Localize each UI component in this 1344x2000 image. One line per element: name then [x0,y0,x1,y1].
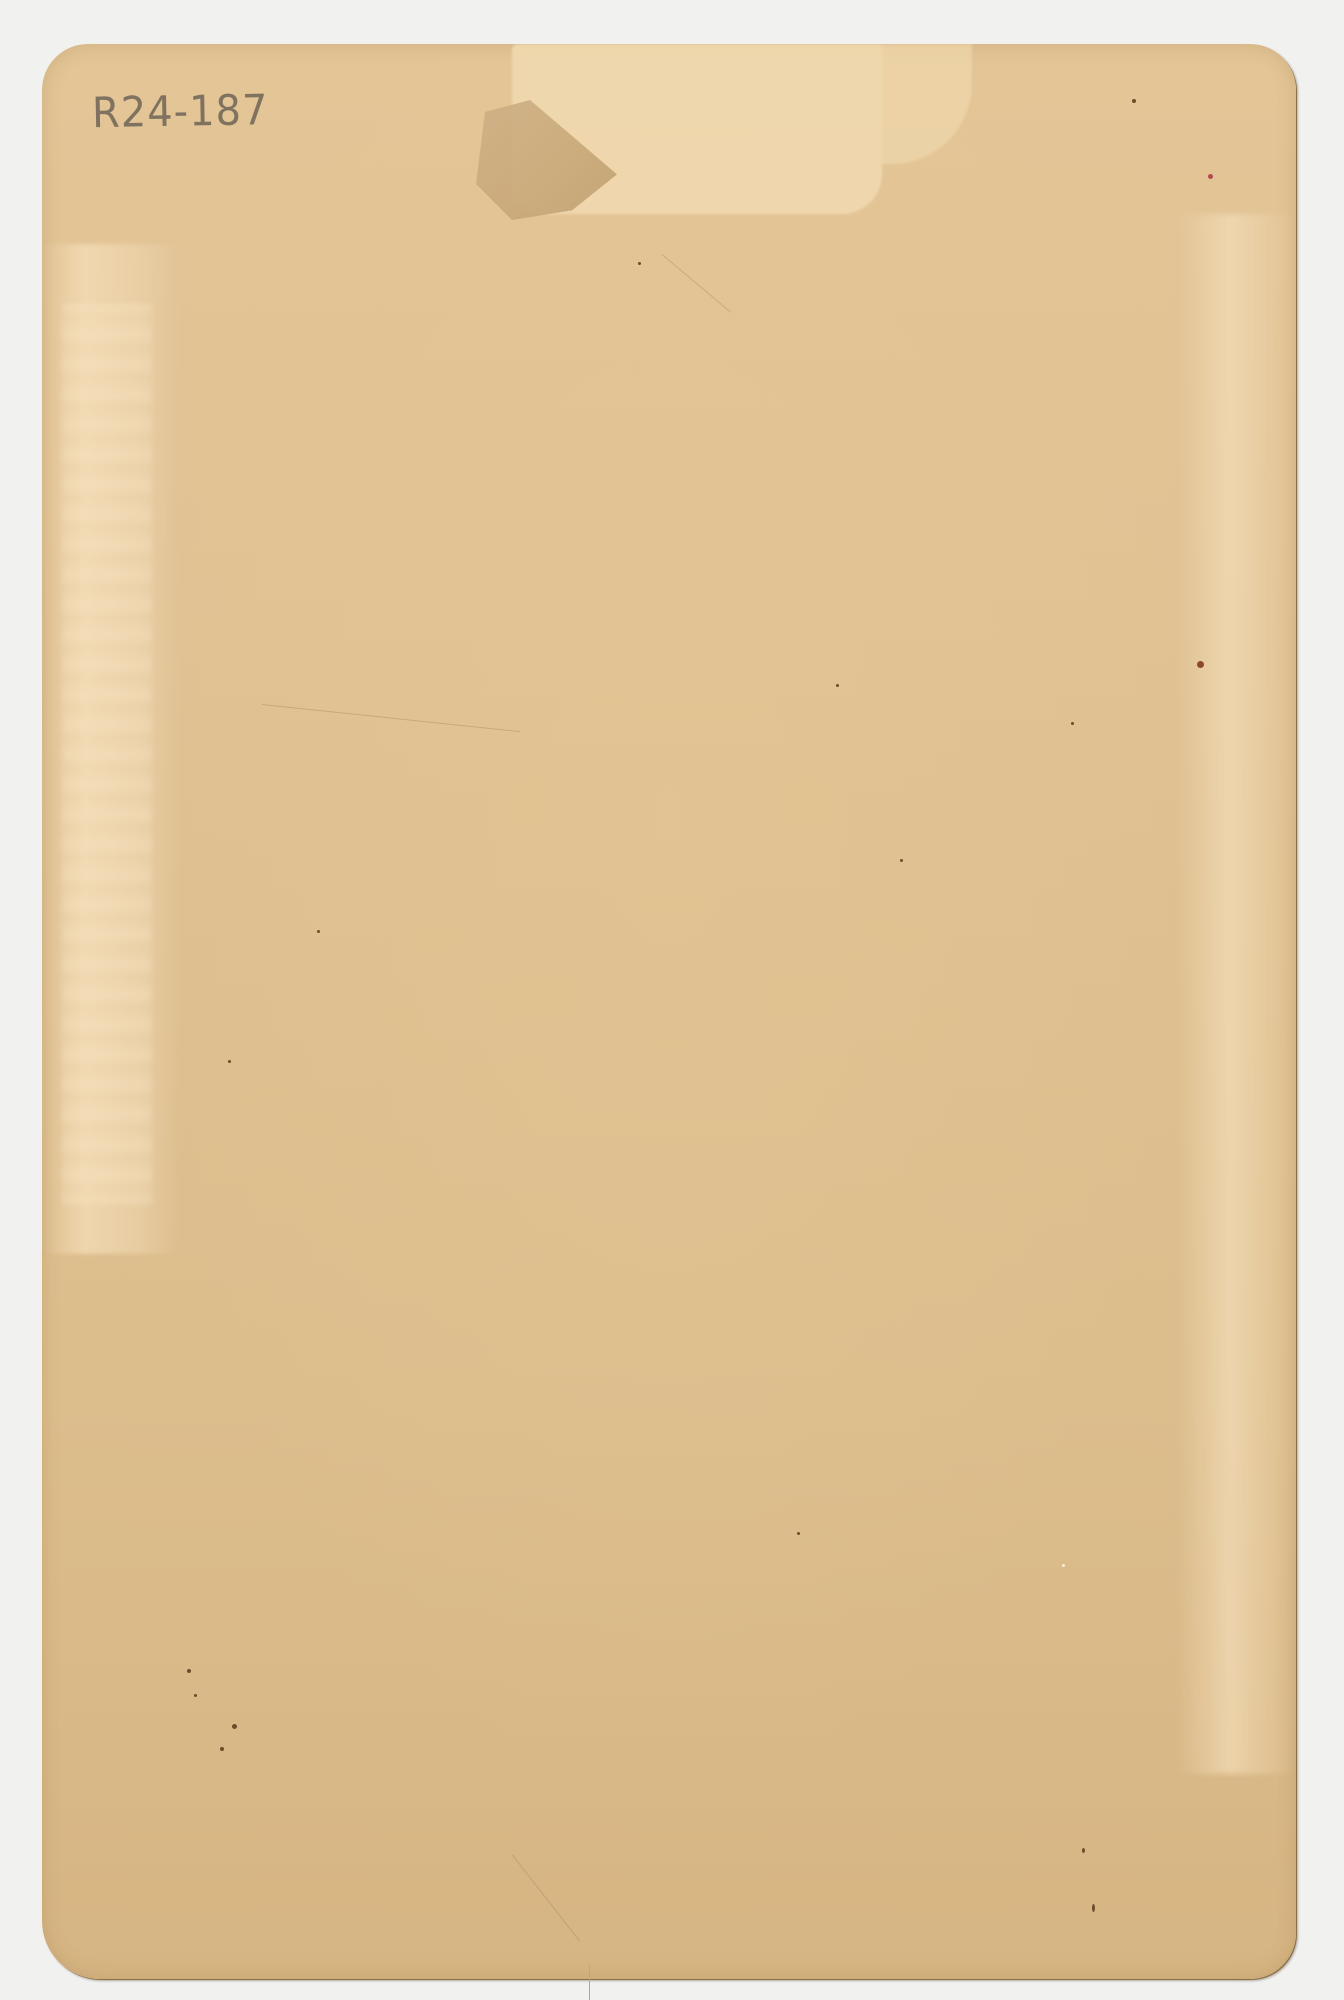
foxing-speck [797,1532,800,1535]
foxing-speck [232,1724,237,1729]
foxing-speck [194,1694,197,1697]
foxing-speck [1092,1904,1095,1912]
cabinet-card-back: R24-187 [42,44,1296,1979]
foxing-speck [228,1060,231,1063]
foxing-speck [1132,99,1136,103]
foxing-speck [900,859,903,862]
foxing-speck [1071,722,1074,725]
foxing-speck [220,1747,224,1751]
foxing-speck [836,684,839,687]
foxing-speck [1062,1564,1065,1567]
handwritten-catalog-number: R24-187 [92,86,269,137]
foxing-speck [638,262,641,265]
edge-wear-left-streaks [62,304,152,1204]
foxing-speck [1082,1848,1085,1853]
foxing-speck [317,930,320,933]
scan-artifact-line [589,1965,590,2000]
surface-scratch [512,1854,581,1941]
surface-scratch [662,254,732,313]
surface-scratch [262,704,521,732]
foxing-speck [187,1669,191,1673]
edge-wear-right [1176,214,1296,1774]
foxing-speck [1208,174,1213,179]
foxing-speck [1197,661,1204,668]
